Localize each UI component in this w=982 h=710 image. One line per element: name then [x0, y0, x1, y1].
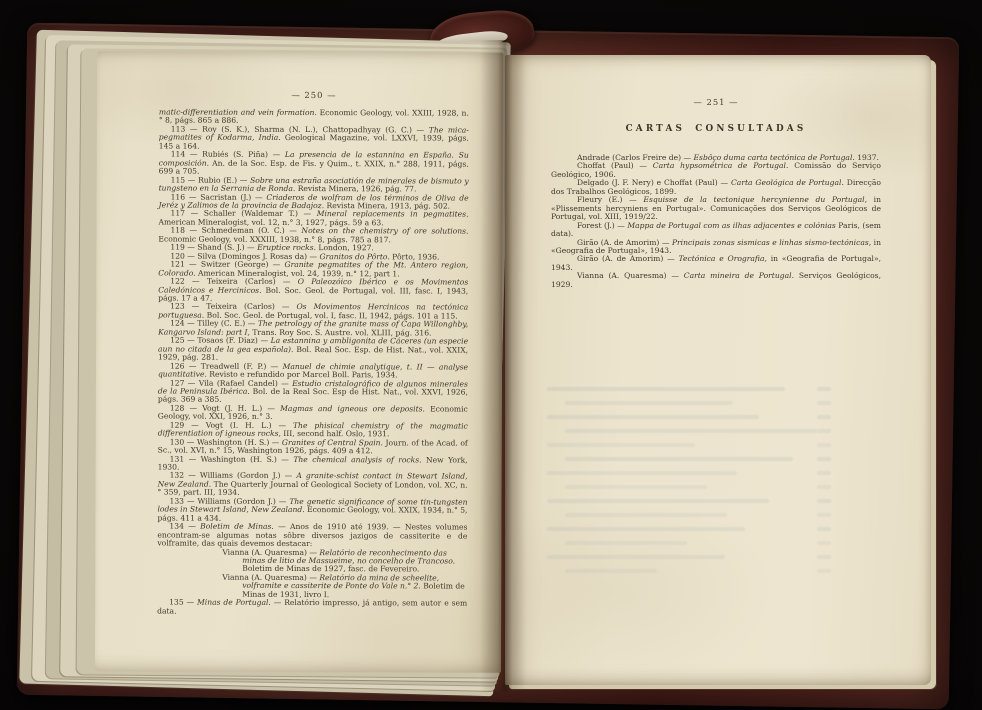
right-page: — 251 — CARTAS CONSULTADAS Andrade (Carl…	[505, 55, 931, 685]
chapter-heading: CARTAS CONSULTADAS	[551, 124, 881, 134]
bibliography-entry: 125 — Tosaos (F. Diaz) — La estannina y …	[158, 337, 468, 363]
carta-entry: Choffat (Paul) — Carta hypsométrica de P…	[551, 162, 881, 179]
carta-entry: Fleury (E.) — Esquisse de la tectonique …	[551, 196, 881, 221]
bibliography-list: matic-differentiation and vein formation…	[157, 109, 469, 617]
carta-entry: Girão (A. de Amorim) — Tectónica e Orogr…	[551, 255, 881, 272]
left-page: — 250 — matic-differentiation and vein f…	[95, 51, 503, 672]
carta-entry: Vianna (A. Quaresma) — Carta mineira de …	[551, 272, 881, 289]
cartas-list: Andrade (Carlos Freire de) — Esbôço duma…	[551, 154, 881, 289]
bibliography-entry: 132 — Williams (Gordon J.) — A granite-s…	[158, 472, 468, 498]
left-page-text-block: — 250 — matic-differentiation and vein f…	[157, 90, 469, 617]
page-number-right: — 251 —	[551, 97, 881, 107]
bibliography-entry: 127 — Vila (Rafael Candel) — Estudio cri…	[158, 379, 468, 405]
page-number-left: — 250 —	[159, 90, 469, 101]
carta-entry: Forest (J.) — Mappa de Portugal com as i…	[551, 222, 881, 239]
bibliography-entry: 113 — Roy (S. K.), Sharma (N. L.), Chatt…	[159, 125, 469, 151]
ghost-show-through-lines	[547, 387, 883, 583]
bibliography-entry: 135 — Minas de Portugal. — Relatório imp…	[157, 599, 467, 617]
carta-entry: Delgado (J. F. Nery) e Choffat (Paul) — …	[551, 179, 881, 196]
bibliography-entry: 134 — Boletim de Minas. — Anos de 1910 a…	[157, 523, 467, 549]
photo-background: — 250 — matic-differentiation and vein f…	[0, 0, 982, 710]
bibliography-entry: 114 — Rubiés (S. Piña) — La presencia de…	[159, 151, 469, 177]
right-page-text-block: — 251 — CARTAS CONSULTADAS Andrade (Carl…	[551, 97, 881, 289]
bibliography-entry: 122 — Teixeira (Carlos) — O Paleozóico I…	[158, 278, 468, 304]
bibliography-entry: 133 — Williams (Gordon J.) — The genetic…	[157, 497, 467, 523]
carta-entry: Girão (A. de Amorim) — Principais zonas …	[551, 239, 881, 256]
bibliography-entry: Vianna (A. Quaresma) — Relatório da mina…	[242, 574, 467, 600]
bibliography-entry: Vianna (A. Quaresma) — Relatório de reco…	[242, 548, 467, 574]
